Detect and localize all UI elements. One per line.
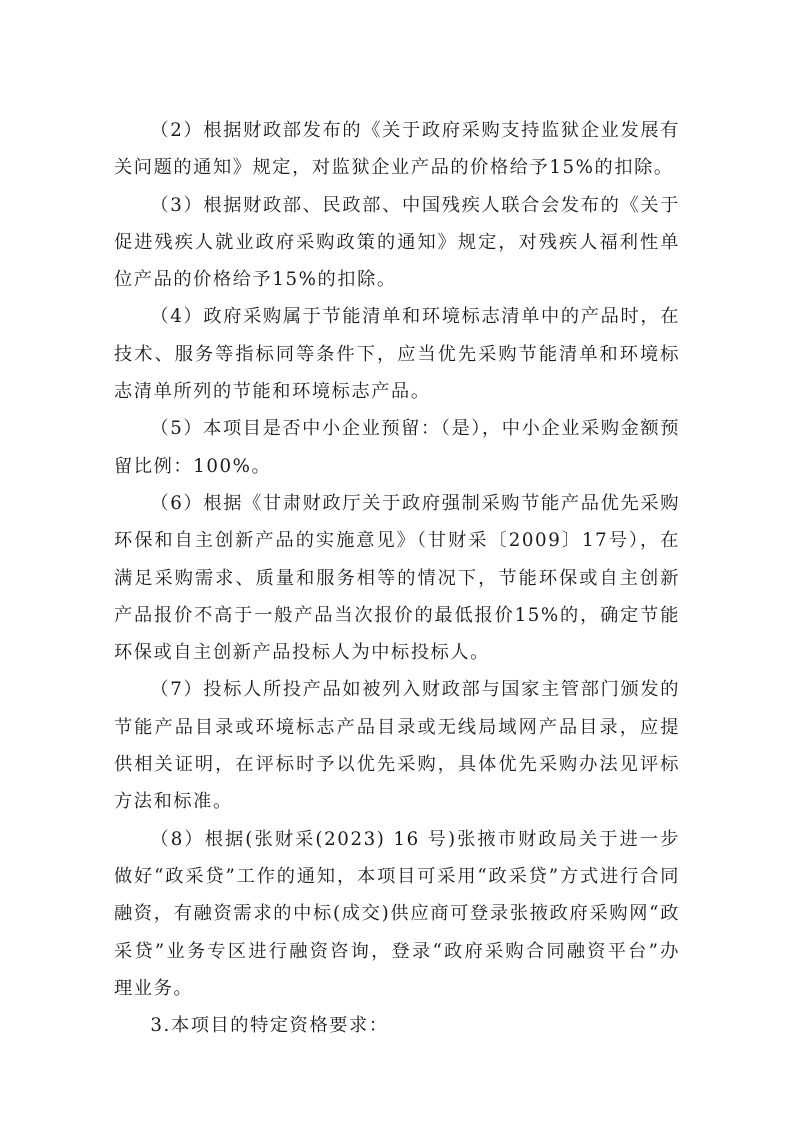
paragraph-clause-8: （8）根据(张财采(2023) 16 号)张掖市财政局关于进一步做好“政采贷”工… xyxy=(114,821,680,1007)
paragraph-clause-6: （6）根据《甘肃财政厅关于政府强制采购节能产品优先采购环保和自主创新产品的实施意… xyxy=(114,485,680,671)
paragraph-clause-7: （7）投标人所投产品如被列入财政部与国家主管部门颁发的节能产品目录或环境标志产品… xyxy=(114,671,680,820)
paragraph-clause-4: （4）政府采购属于节能清单和环境标志清单中的产品时，在技术、服务等指标同等条件下… xyxy=(114,298,680,410)
paragraph-clause-3: （3）根据财政部、民政部、中国残疾人联合会发布的《关于促进残疾人就业政府采购政策… xyxy=(114,187,680,299)
section-heading-qualifications: 3.本项目的特定资格要求： xyxy=(114,1007,680,1044)
document-page: （2）根据财政部发布的《关于政府采购支持监狱企业发展有关问题的通知》规定，对监狱… xyxy=(114,112,680,1044)
paragraph-clause-5: （5）本项目是否中小企业预留：（是），中小企业采购金额预留比例：100%。 xyxy=(114,410,680,485)
paragraph-clause-2: （2）根据财政部发布的《关于政府采购支持监狱企业发展有关问题的通知》规定，对监狱… xyxy=(114,112,680,187)
